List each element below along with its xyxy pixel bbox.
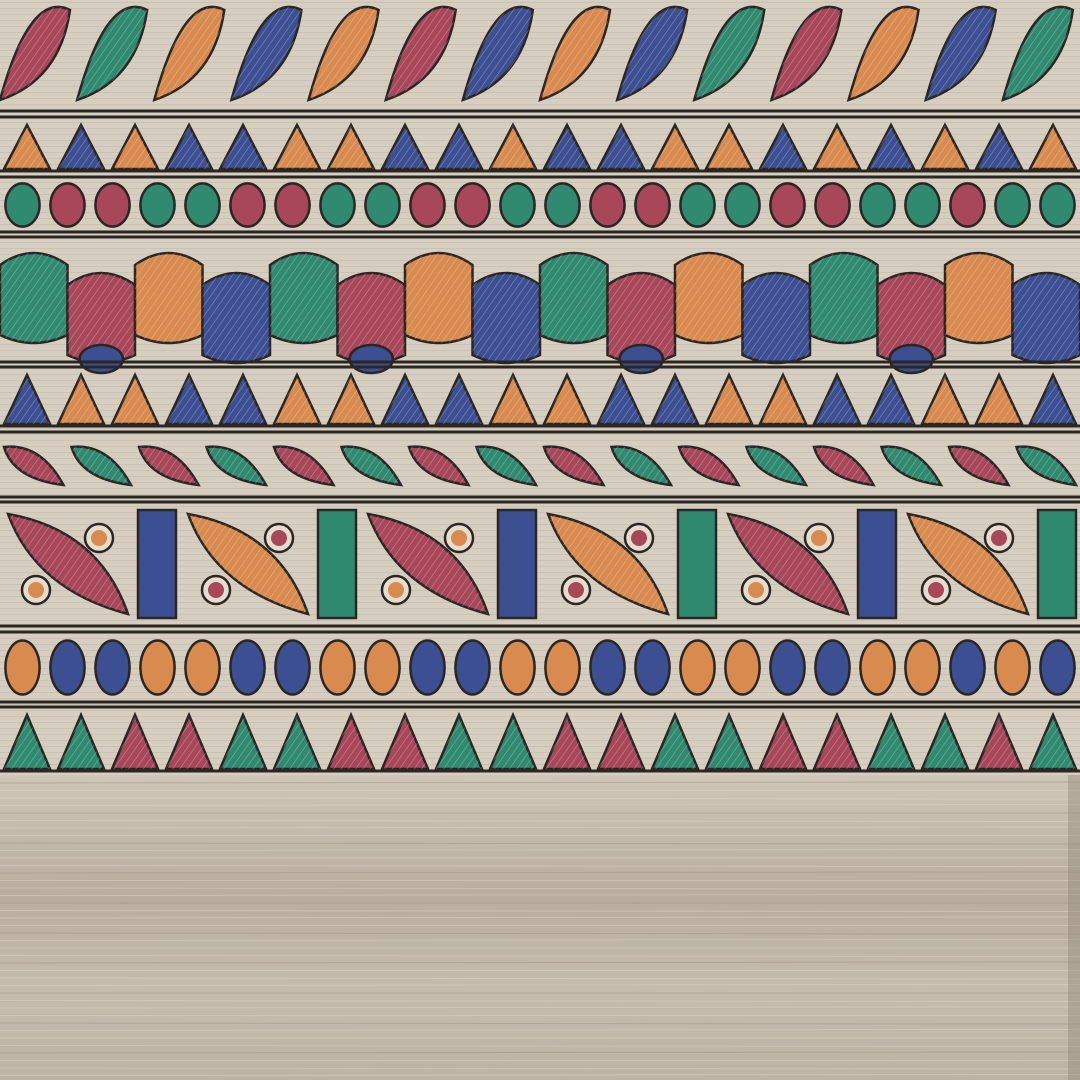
egg-motif bbox=[230, 641, 264, 695]
fabric-edge-shadow bbox=[1068, 775, 1080, 1080]
egg-motif bbox=[230, 183, 264, 226]
egg-motif bbox=[770, 183, 804, 226]
dot-motif bbox=[208, 582, 224, 598]
egg-motif bbox=[725, 183, 759, 226]
egg-motif bbox=[995, 641, 1029, 695]
egg-motif bbox=[680, 183, 714, 226]
egg-motif bbox=[680, 641, 714, 695]
vertical-bar-motif bbox=[1038, 510, 1076, 618]
egg-motif bbox=[815, 641, 849, 695]
egg-motif bbox=[635, 641, 669, 695]
vertical-bar-motif bbox=[138, 510, 176, 618]
dot-motif bbox=[451, 530, 467, 546]
egg-motif bbox=[770, 641, 804, 695]
egg-motif bbox=[140, 641, 174, 695]
egg-motif bbox=[95, 183, 129, 226]
dot-motif bbox=[928, 582, 944, 598]
egg-motif bbox=[590, 183, 624, 226]
egg-motif bbox=[635, 183, 669, 226]
vertical-bar-motif bbox=[498, 510, 536, 618]
egg-motif bbox=[140, 183, 174, 226]
vertical-bar-motif bbox=[318, 510, 356, 618]
egg-motif bbox=[545, 183, 579, 226]
egg-motif bbox=[320, 183, 354, 226]
bud-motif bbox=[620, 345, 663, 373]
egg-motif bbox=[860, 641, 894, 695]
egg-motif bbox=[950, 183, 984, 226]
dot-motif bbox=[28, 582, 44, 598]
bud-motif bbox=[80, 345, 123, 373]
egg-motif bbox=[905, 641, 939, 695]
dot-motif bbox=[388, 582, 404, 598]
dot-motif bbox=[91, 530, 107, 546]
egg-motif bbox=[905, 183, 939, 226]
egg-motif bbox=[410, 183, 444, 226]
egg-motif bbox=[860, 183, 894, 226]
egg-motif bbox=[995, 183, 1029, 226]
egg-motif bbox=[5, 183, 39, 226]
dot-motif bbox=[991, 530, 1007, 546]
egg-motif bbox=[500, 183, 534, 226]
egg-motif bbox=[275, 641, 309, 695]
egg-motif bbox=[275, 183, 309, 226]
egg-motif bbox=[500, 641, 534, 695]
madhubani-fabric-photo bbox=[0, 0, 1080, 1080]
dot-motif bbox=[568, 582, 584, 598]
dot-motif bbox=[631, 530, 647, 546]
egg-motif bbox=[5, 641, 39, 695]
egg-motif bbox=[320, 641, 354, 695]
egg-motif bbox=[50, 641, 84, 695]
dot-motif bbox=[271, 530, 287, 546]
egg-motif bbox=[365, 183, 399, 226]
egg-motif bbox=[50, 183, 84, 226]
egg-motif bbox=[590, 641, 624, 695]
painted-border-artwork bbox=[0, 0, 1080, 1080]
egg-motif bbox=[455, 183, 489, 226]
egg-motif bbox=[365, 641, 399, 695]
egg-motif bbox=[410, 641, 444, 695]
vertical-bar-motif bbox=[678, 510, 716, 618]
dot-motif bbox=[811, 530, 827, 546]
dot-motif bbox=[748, 582, 764, 598]
egg-motif bbox=[1040, 183, 1074, 226]
bud-motif bbox=[890, 345, 933, 373]
egg-motif bbox=[1040, 641, 1074, 695]
egg-motif bbox=[725, 641, 759, 695]
plain-silk bbox=[0, 775, 1080, 1080]
egg-motif bbox=[545, 641, 579, 695]
egg-motif bbox=[95, 641, 129, 695]
egg-motif bbox=[185, 183, 219, 226]
egg-motif bbox=[815, 183, 849, 226]
bud-motif bbox=[350, 345, 393, 373]
vertical-bar-motif bbox=[858, 510, 896, 618]
egg-motif bbox=[185, 641, 219, 695]
egg-motif bbox=[950, 641, 984, 695]
egg-motif bbox=[455, 641, 489, 695]
